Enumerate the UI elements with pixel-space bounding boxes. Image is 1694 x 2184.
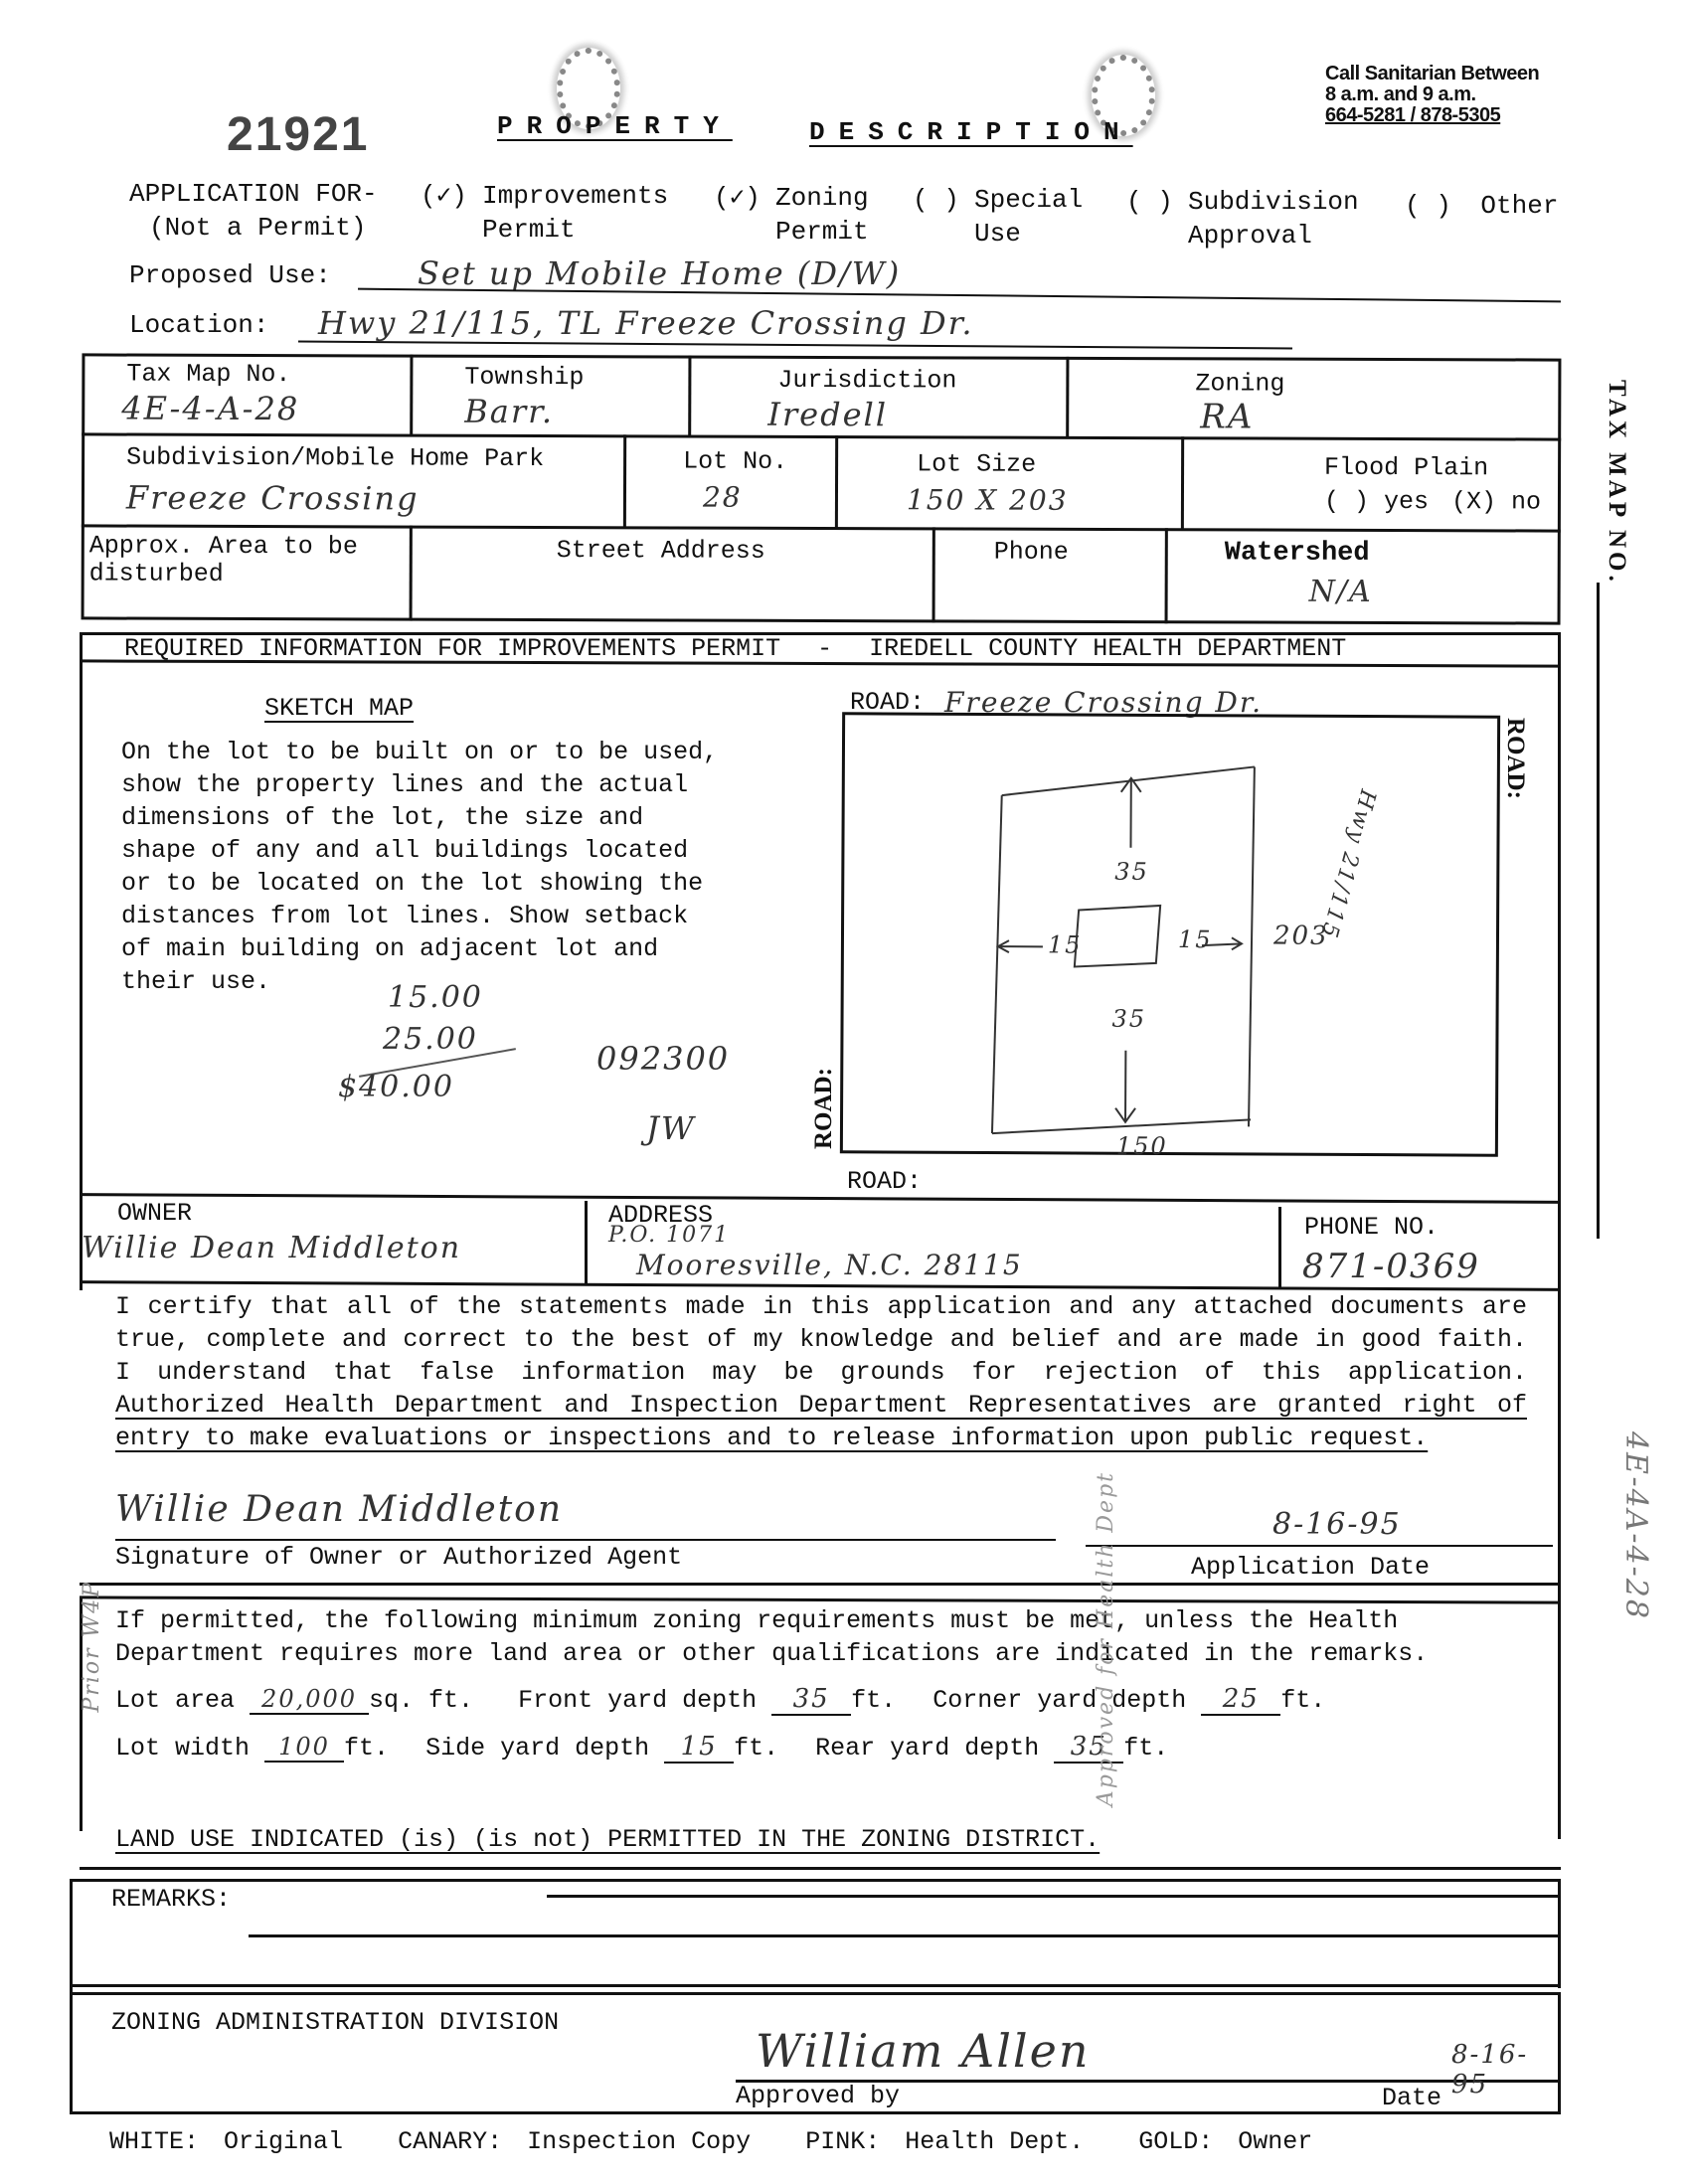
flood-plain-label: Flood Plain <box>1324 453 1488 483</box>
owner-value[interactable]: Willie Dean Middleton <box>82 1231 461 1265</box>
sanitarian-note: Call Sanitarian Between 8 a.m. and 9 a.m… <box>1325 64 1539 126</box>
sanitarian-line-3: 664-5281 / 878-5305 <box>1325 105 1539 126</box>
option-zoning-line1: Zoning <box>775 181 869 215</box>
instruction-line: show the property lines and the actual <box>121 768 718 801</box>
option-other-label: Other <box>1480 191 1558 221</box>
fee-line-2: 25.00 <box>383 1022 478 1057</box>
improvements-header-left: REQUIRED INFORMATION FOR IMPROVEMENTS PE… <box>124 634 780 663</box>
sketch-lot-width: 150 <box>1116 1132 1168 1160</box>
approx-area-line1: Approx. Area to be <box>89 532 358 561</box>
copy-gold-value: Owner <box>1238 2127 1312 2156</box>
option-special-line1: Special <box>974 183 1083 217</box>
signature-label: Signature of Owner or Authorized Agent <box>115 1543 682 1572</box>
address-line-2[interactable]: Mooresville, N.C. 28115 <box>636 1249 1023 1281</box>
application-date-label: Application Date <box>1191 1553 1430 1582</box>
margin-tax-map-line <box>1597 583 1600 1239</box>
sketch-left-setback: 15 <box>1048 930 1083 958</box>
corner-yard-unit: ft. <box>1280 1686 1325 1715</box>
proposed-use-label: Proposed Use: <box>129 260 331 290</box>
instruction-line: dimensions of the lot, the size and <box>121 801 718 834</box>
subdivision-label: Subdivision/Mobile Home Park <box>126 443 544 473</box>
sketch-map-title: SKETCH MAP <box>264 694 414 723</box>
option-zoning[interactable]: (✓) Zoning Permit <box>714 181 761 215</box>
copy-white-label: WHITE: <box>109 2127 199 2156</box>
improvements-header-right: IREDELL COUNTY HEALTH DEPARTMENT <box>869 634 1346 663</box>
application-for-line1: APPLICATION FOR- <box>129 177 378 211</box>
owner-row: OWNER Willie Dean Middleton ADDRESS P.O.… <box>80 1197 1561 1290</box>
fee-receipt: 092300 <box>596 1040 730 1078</box>
lot-no-label: Lot No. <box>683 447 787 476</box>
improvements-section: REQUIRED INFORMATION FOR IMPROVEMENTS PE… <box>80 632 1561 1199</box>
zoning-row-2: Lot width 100ft. Side yard depth 15ft. R… <box>115 1732 1168 1764</box>
application-date-value[interactable]: 8-16-95 <box>1272 1507 1402 1542</box>
certification-text: I certify that all of the statements mad… <box>115 1290 1527 1454</box>
phone-no-value[interactable]: 871-0369 <box>1302 1247 1480 1286</box>
title-property: PROPERTY <box>497 111 733 141</box>
instruction-line: of main building on adjacent lot and <box>121 932 718 965</box>
copy-canary-value: Inspection Copy <box>527 2127 751 2156</box>
zoning-label: Zoning <box>1195 369 1284 398</box>
jurisdiction-value[interactable]: Iredell <box>767 396 888 433</box>
front-yard-label: Front yard depth <box>518 1686 757 1715</box>
option-subdivision[interactable]: ( ) Subdivision Approval <box>1126 185 1173 219</box>
side-yard-value[interactable]: 15 <box>664 1732 734 1764</box>
phone-label: Phone <box>994 538 1069 567</box>
township-label: Township <box>464 363 584 392</box>
date-line <box>1086 1545 1553 1547</box>
lot-width-value[interactable]: 100 <box>264 1733 344 1763</box>
sketch-rear-setback: 35 <box>1111 1005 1146 1033</box>
application-for-line2: (Not a Permit) <box>129 211 378 245</box>
road-right-label: ROAD: <box>1501 718 1529 799</box>
lot-width-unit: ft. <box>344 1734 389 1763</box>
zoning-value[interactable]: RA <box>1200 397 1254 436</box>
fee-total: $40.00 <box>338 1070 454 1104</box>
copy-pink-label: PINK: <box>805 2127 880 2156</box>
lot-width-label: Lot width <box>115 1734 250 1763</box>
address-line-1[interactable]: P.O. 1071 <box>608 1223 730 1248</box>
side-yard-unit: ft. <box>734 1734 778 1763</box>
margin-middle-note: Approved for Health Dept <box>1094 1471 1118 1806</box>
option-improvements-line2: Permit <box>482 213 668 247</box>
title-description: DESCRIPTION <box>809 117 1133 147</box>
location-value[interactable]: Hwy 21/115, TL Freeze Crossing Dr. <box>318 304 974 342</box>
proposed-use-value[interactable]: Set up Mobile Home (D/W) <box>418 254 901 292</box>
option-subdivision-line2: Approval <box>1188 219 1359 252</box>
option-zoning-line2: Permit <box>775 215 869 249</box>
approved-by-label: Approved by <box>736 2082 900 2110</box>
checkbox-zoning[interactable]: (✓) <box>714 183 761 213</box>
approval-date-label: Date <box>1382 2084 1441 2112</box>
option-special-line2: Use <box>974 217 1083 251</box>
lot-size-label: Lot Size <box>917 449 1036 478</box>
sanitarian-line-1: Call Sanitarian Between <box>1325 64 1539 84</box>
copy-pink-value: Health Dept. <box>905 2127 1084 2156</box>
fee-initials: JW <box>646 1109 696 1147</box>
option-improvements-line1: Improvements <box>482 179 668 213</box>
lot-drawing <box>843 715 1497 1153</box>
option-subdivision-line1: Subdivision <box>1188 185 1359 219</box>
phone-no-label: PHONE NO. <box>1304 1213 1439 1242</box>
tax-map-label: Tax Map No. <box>126 360 290 390</box>
improvements-header: REQUIRED INFORMATION FOR IMPROVEMENTS PE… <box>124 634 1346 663</box>
approval-date-value[interactable]: 8-16-95 <box>1451 2040 1561 2100</box>
side-yard-label: Side yard depth <box>425 1734 649 1763</box>
zoning-admin-section: ZONING ADMINISTRATION DIVISION William A… <box>70 1984 1561 2113</box>
sketch-map-area[interactable]: 35 35 15 15 203 150 Hwy 21/115 <box>840 712 1500 1156</box>
flood-plain-no-mark[interactable]: (X) <box>1451 487 1496 516</box>
approved-by-signature: William Allen <box>756 2024 1090 2078</box>
property-info-grid: Tax Map No. 4E-4-A-28 Township Barr. Jur… <box>82 353 1562 624</box>
checkbox-subdivision[interactable]: ( ) <box>1126 187 1173 217</box>
lot-size-value[interactable]: 150 X 203 <box>907 483 1069 517</box>
subdivision-value[interactable]: Freeze Crossing <box>126 479 420 518</box>
copy-gold-label: GOLD: <box>1138 2127 1213 2156</box>
proposed-use-line <box>358 288 1561 303</box>
location-label: Location: <box>129 310 268 340</box>
option-special-use[interactable]: ( ) Special Use <box>913 183 959 217</box>
road-bottom-label: ROAD: <box>847 1167 922 1196</box>
instruction-line: shape of any and all buildings located <box>121 834 718 867</box>
checkbox-special-use[interactable]: ( ) <box>913 185 959 215</box>
watershed-label: Watershed <box>1225 538 1370 569</box>
lot-area-unit: sq. ft. <box>369 1686 473 1715</box>
copy-white-value: Original <box>224 2127 343 2156</box>
front-yard-value[interactable]: 35 <box>771 1684 851 1716</box>
instruction-line: On the lot to be built on or to be used, <box>121 736 718 768</box>
zoning-intro: If permitted, the following minimum zoni… <box>115 1604 1557 1670</box>
sketch-instructions: On the lot to be built on or to be used,… <box>121 736 718 998</box>
zoning-admin-label: ZONING ADMINISTRATION DIVISION <box>111 2008 559 2037</box>
sketch-front-setback: 35 <box>1114 858 1149 886</box>
flood-plain-no: no <box>1511 487 1541 516</box>
lot-area-value[interactable]: 20,000 <box>250 1685 369 1715</box>
corner-yard-label: Corner yard depth <box>932 1686 1186 1715</box>
improvements-header-sep: - <box>817 634 832 663</box>
remarks-label: REMARKS: <box>111 1885 231 1914</box>
copy-distribution: WHITE: Original CANARY: Inspection Copy … <box>109 2127 1312 2156</box>
lot-area-label: Lot area <box>115 1686 235 1715</box>
certification-section: I certify that all of the statements mad… <box>80 1284 1561 1598</box>
zoning-requirements-section: If permitted, the following minimum zoni… <box>80 1591 1561 1839</box>
instruction-line: or to be located on the lot showing the <box>121 867 718 900</box>
front-yard-unit: ft. <box>851 1686 896 1715</box>
corner-yard-value[interactable]: 25 <box>1201 1684 1280 1716</box>
jurisdiction-label: Jurisdiction <box>777 366 956 396</box>
road-left-label: ROAD: <box>810 1068 838 1149</box>
watershed-value[interactable]: N/A <box>1309 575 1373 609</box>
sanitarian-line-2: 8 a.m. and 9 a.m. <box>1325 84 1539 105</box>
certification-right-of-entry: Authorized Health Department and Inspect… <box>115 1391 1527 1452</box>
signature-line <box>115 1539 1056 1541</box>
remarks-line-1 <box>547 1895 1561 1898</box>
zoning-row-1: Lot area 20,000sq. ft. Front yard depth … <box>115 1684 1325 1716</box>
copy-canary-label: CANARY: <box>398 2127 502 2156</box>
rear-yard-label: Rear yard depth <box>815 1734 1039 1763</box>
option-improvements[interactable]: (✓) Improvements Permit <box>421 179 467 213</box>
margin-tax-map-label: TAX MAP NO. <box>1603 380 1630 586</box>
remarks-line-2[interactable] <box>249 1934 1561 1937</box>
owner-label: OWNER <box>117 1199 192 1228</box>
flood-plain-yes[interactable]: ( ) yes <box>1324 487 1429 516</box>
fee-line-1: 15.00 <box>388 980 483 1015</box>
street-address-label: Street Address <box>557 536 765 566</box>
sketch-right-setback: 15 <box>1178 925 1213 953</box>
instruction-line: distances from lot lines. Show setback <box>121 900 718 932</box>
checkbox-improvements[interactable]: (✓) <box>421 181 467 211</box>
rear-yard-unit: ft. <box>1123 1734 1168 1763</box>
owner-signature: Willie Dean Middleton <box>115 1489 563 1530</box>
township-value[interactable]: Barr. <box>464 393 554 430</box>
certification-plain: I certify that all of the statements mad… <box>115 1292 1527 1387</box>
lot-no-value[interactable]: 28 <box>703 481 743 514</box>
tax-map-value[interactable]: 4E-4-A-28 <box>121 390 299 428</box>
form-number: 21921 <box>227 107 369 162</box>
flood-plain-options: ( ) yes (X) no <box>1324 487 1541 517</box>
application-for-label: APPLICATION FOR- (Not a Permit) <box>129 177 378 245</box>
remarks-section: REMARKS: <box>70 1879 1561 1988</box>
checkbox-other[interactable]: ( ) <box>1405 191 1451 221</box>
land-use-statement: LAND USE INDICATED (is) (is not) PERMITT… <box>115 1825 1100 1854</box>
option-other[interactable]: ( ) Other <box>1405 189 1558 223</box>
approx-area-label: Approx. Area to be disturbed <box>89 532 358 588</box>
margin-left-note: Prior W4P <box>80 1581 104 1713</box>
approx-area-line2: disturbed <box>89 560 358 588</box>
margin-tax-map-value: 4E-4A-4-28 <box>1618 1431 1653 1620</box>
